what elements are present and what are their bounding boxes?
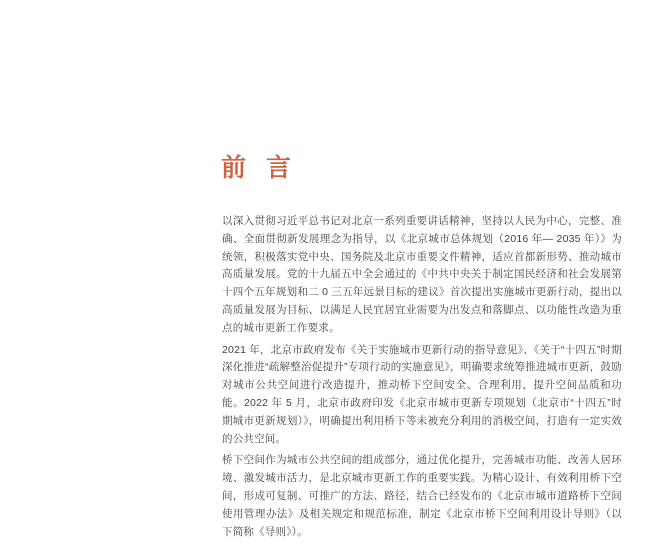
- preface-paragraph-2: 2021 年，北京市政府发布《关于实施城市更新行动的指导意见》、《关于“十四五”…: [222, 342, 622, 449]
- preface-paragraph-1: 以深入贯彻习近平总书记对北京一系列重要讲话精神，坚持以人民为中心，完整、准确、全…: [222, 213, 622, 338]
- document-page: 前 言 以深入贯彻习近平总书记对北京一系列重要讲话精神，坚持以人民为中心，完整、…: [0, 0, 660, 556]
- page-title: 前 言: [221, 153, 293, 183]
- preface-paragraph-3: 桥下空间作为城市公共空间的组成部分，通过优化提升，完善城市功能、改善人居环境、激…: [222, 452, 622, 541]
- preface-text-block: 以深入贯彻习近平总书记对北京一系列重要讲话精神，坚持以人民为中心，完整、准确、全…: [222, 213, 622, 545]
